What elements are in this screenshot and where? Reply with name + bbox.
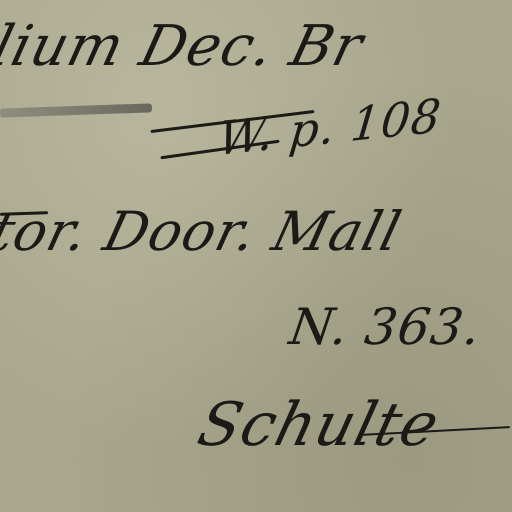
manuscript-page: lium Dec. Br W. p. 108 tor. Door. Mall N… [0, 0, 512, 512]
handwritten-line-4: N. 363. [286, 298, 485, 356]
handwritten-signature: Schulte [191, 390, 446, 460]
pencil-mark [0, 103, 152, 117]
handwritten-line-3: tor. Door. Mall [0, 200, 408, 263]
handwritten-line-1: lium Dec. Br [0, 14, 370, 79]
handwritten-line-2: W. p. 108 [216, 88, 445, 166]
